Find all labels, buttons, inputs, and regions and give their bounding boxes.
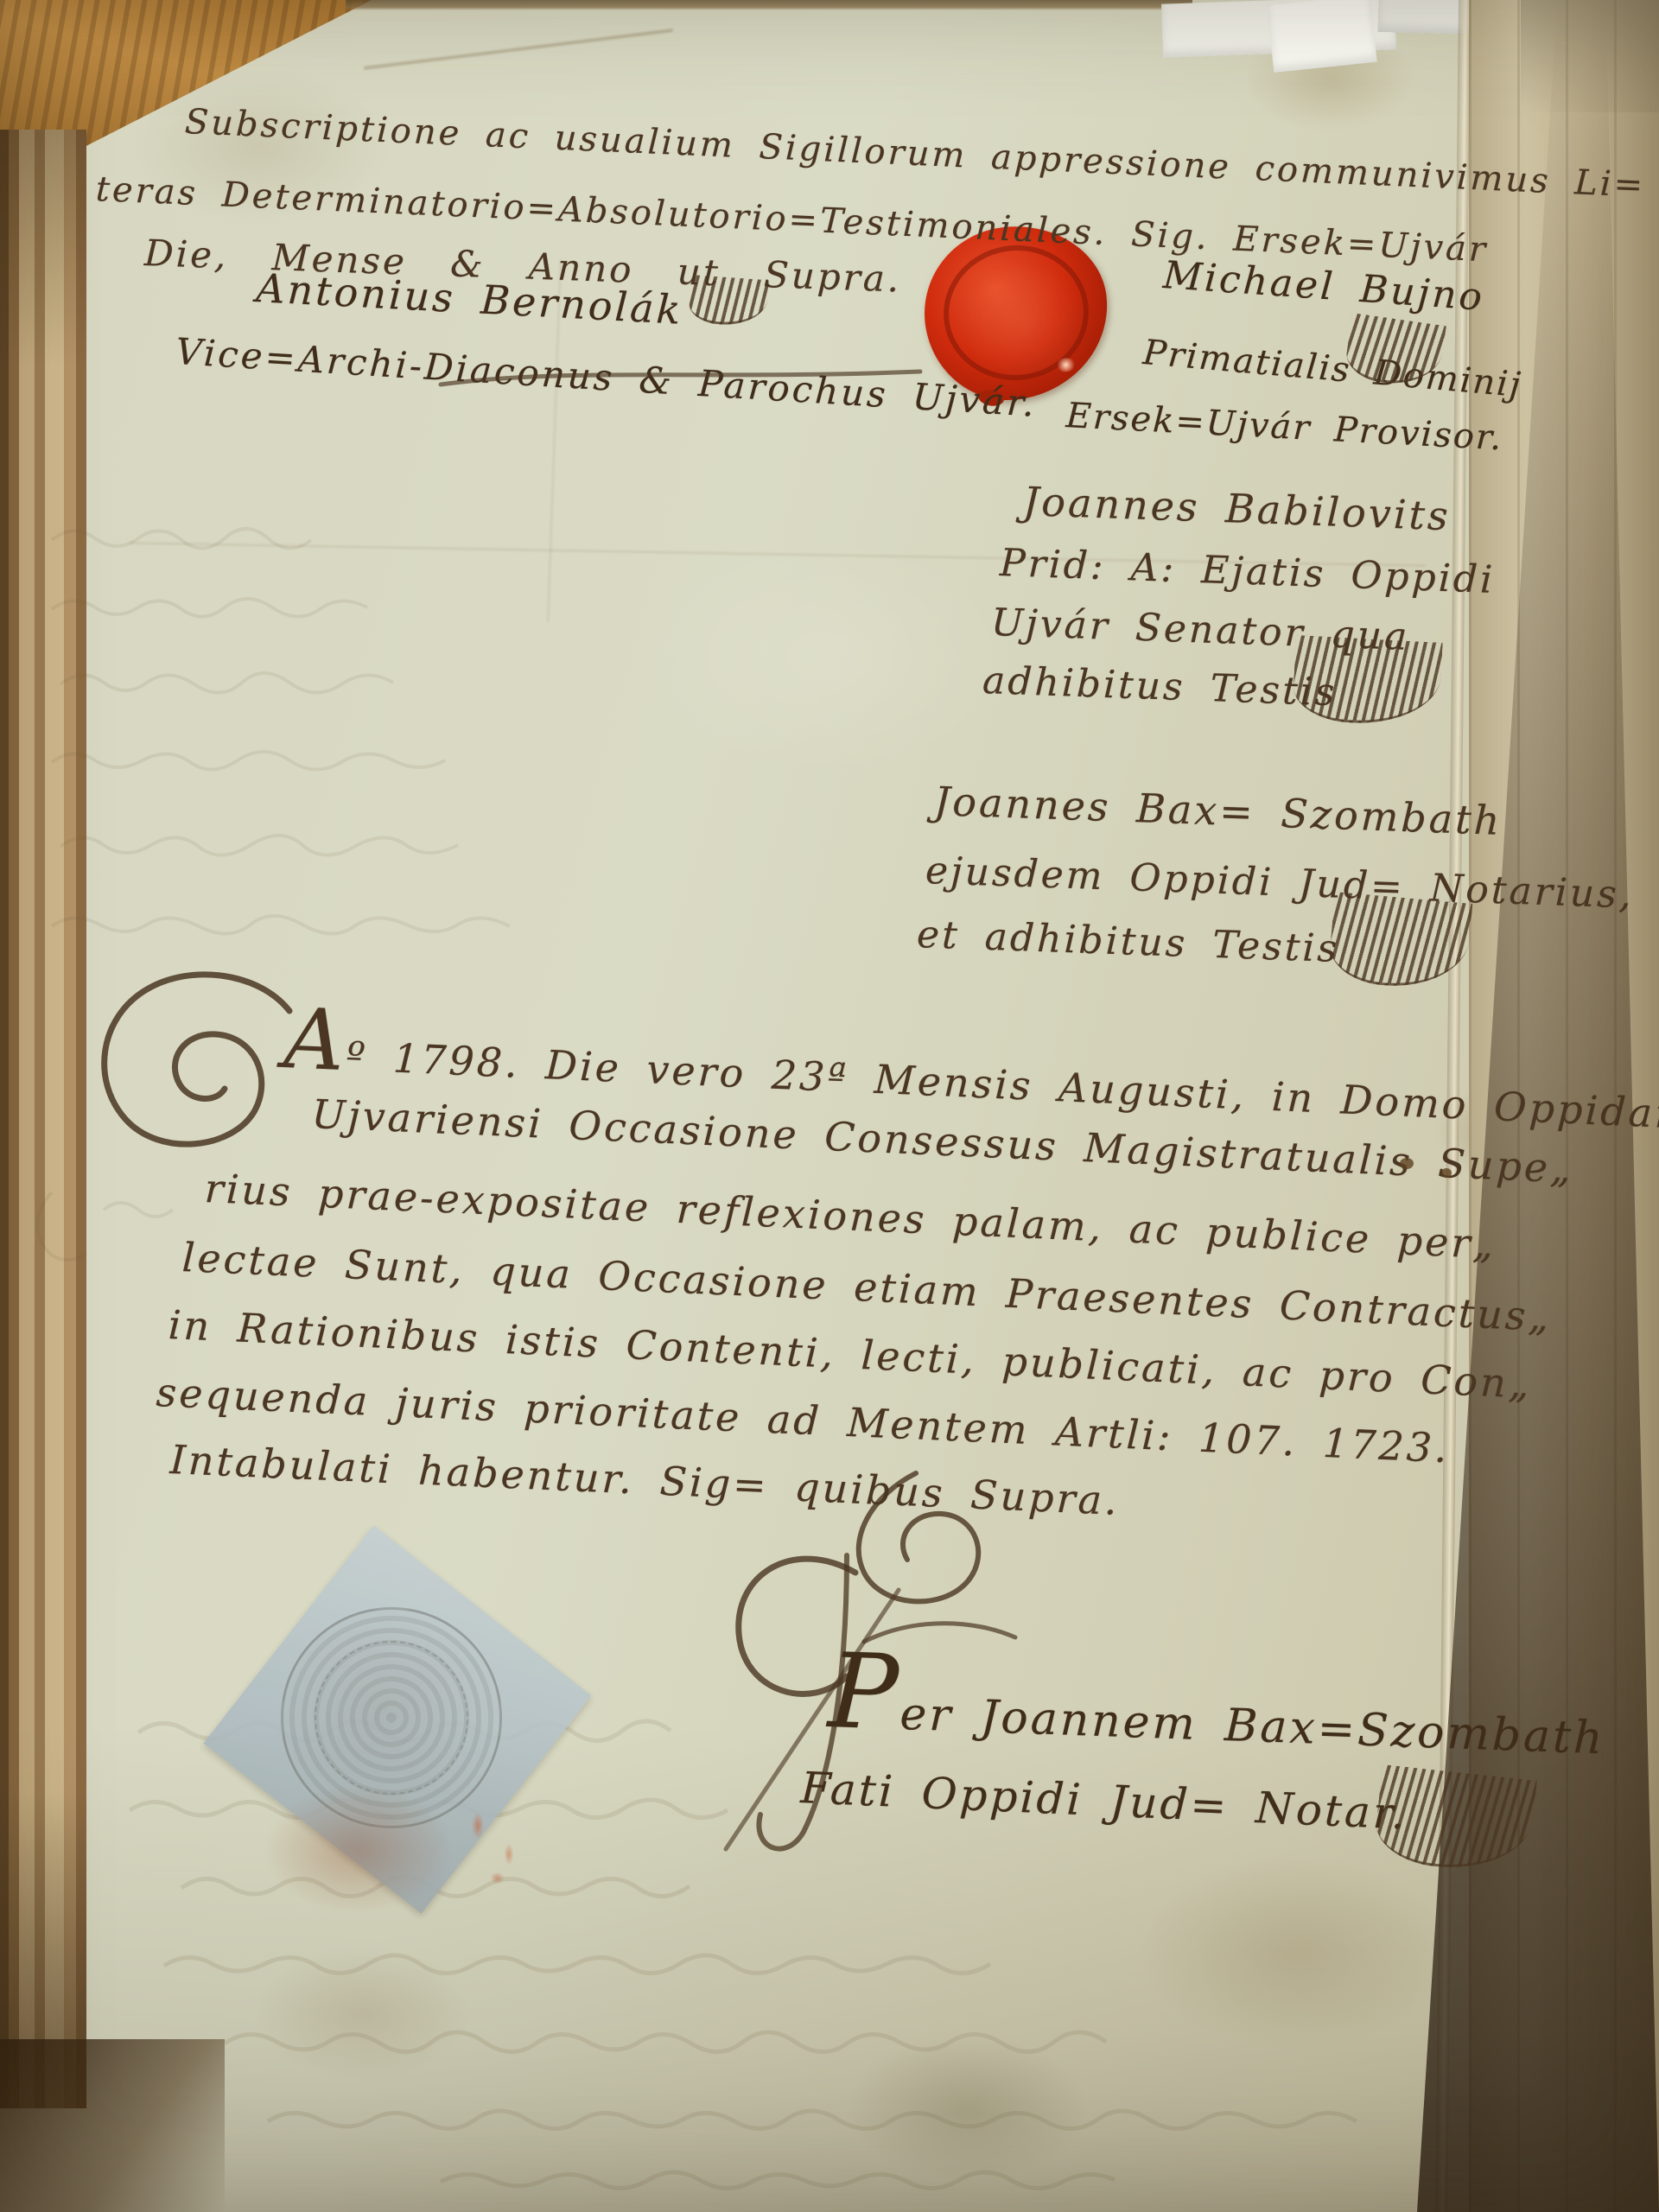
ink-blot <box>1400 1158 1414 1169</box>
seal-red-traces <box>462 1797 540 1892</box>
wax-seal-highlight <box>1056 357 1077 372</box>
ink-blot <box>1441 1168 1452 1178</box>
seal-stain <box>264 1784 454 1914</box>
blue-paper-seal <box>212 1525 601 1940</box>
flourish-initial-a <box>86 963 302 1162</box>
embossed-stamp-inner-ring <box>315 1641 468 1795</box>
flourish-underline <box>436 363 929 392</box>
photo-of-manuscript: Subscriptione ac usualium Sigillorum app… <box>0 0 1659 2212</box>
